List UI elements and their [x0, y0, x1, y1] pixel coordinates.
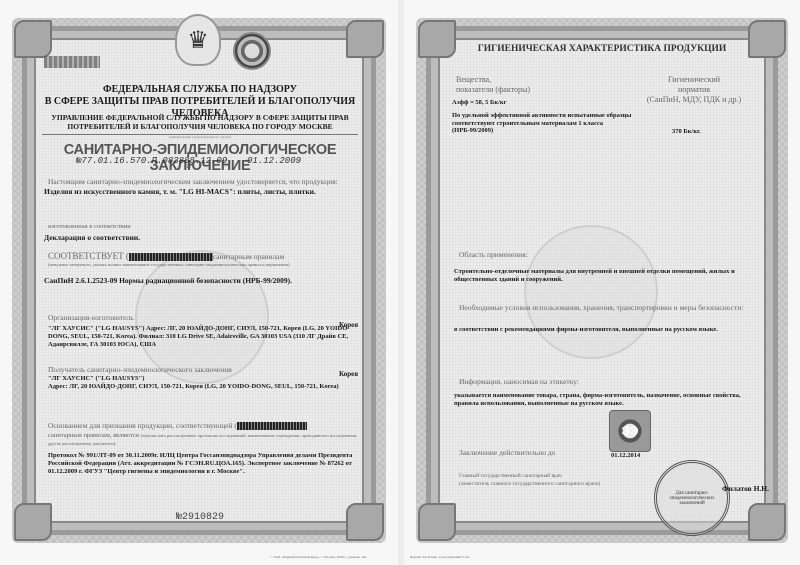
hologram-seal-icon [233, 32, 271, 70]
ornament-corner-icon [748, 503, 786, 541]
department-line-2: ПОТРЕБИТЕЛЕЙ И БЛАГОПОЛУЧИЯ ЧЕЛОВЕКА ПО … [50, 122, 350, 131]
label-info-label: Информация, наносимая на этикетку: [459, 377, 579, 386]
hologram-seal-icon: ЭЭ [609, 410, 651, 452]
seal-text: Для санитарно-эпидемиологических заключе… [657, 491, 727, 506]
valid-until-label: Заключение действительно до [459, 448, 555, 457]
serial-number: №2910829 [150, 512, 250, 523]
manufactured-value: Декларация о соответствии. [44, 233, 140, 242]
certificate-back-page: ГИГИЕНИЧЕСКАЯ ХАРАКТЕРИСТИКА ПРОДУКЦИИ В… [404, 0, 800, 565]
hologram-text: ЭЭ [621, 424, 638, 438]
issue-date: 01.12.2009 [247, 156, 301, 166]
norm-header-line: Гигиенический [629, 75, 759, 85]
basis-label: Основанием для признания продукции, соот… [48, 421, 237, 430]
recipient-label: Получатель санитарно-эпидемиологического… [48, 365, 232, 374]
coat-of-arms-watermark-icon [524, 225, 658, 359]
ornament-corner-icon [418, 503, 456, 541]
department-caption: (наименование территориального органа) [150, 135, 250, 139]
russian-coat-of-arms-icon: ♛ [175, 14, 221, 66]
factor-description: По удельной эффективной активности испыт… [452, 112, 632, 135]
factor-value: Аэфф = 58, 5 Бк/кг [452, 99, 507, 107]
official-stamp-icon: Для санитарно-эпидемиологических заключе… [654, 460, 730, 536]
printer-footer: © ЗАО «Первый печатный двор», г. Москва,… [270, 555, 367, 559]
manufactured-label: изготовленная в соответствии [48, 223, 131, 231]
ornament-corner-icon [14, 20, 52, 58]
redacted-text: НЕ СООТВЕТСТВУЕТ [129, 253, 213, 261]
redacted-text: не соответствующей [237, 422, 307, 430]
certificate-number: №77.01.16.570.П.083888.12.09 [76, 156, 227, 166]
conditions-value: в соответствии с рекомендациями фирмы-из… [454, 326, 769, 334]
department-line-1: УПРАВЛЕНИЕ ФЕДЕРАЛЬНОЙ СЛУЖБЫ ПО НАДЗОРУ… [50, 113, 350, 122]
recipient-address: Адрес: ЛГ, 20 ЮАЙДО-ДОНГ, СИУЛ, 150-721,… [48, 383, 360, 391]
factors-header-line: Вещества, [456, 75, 530, 85]
norm-value: 370 Бк/кг. [672, 128, 701, 136]
scope-label: Область применения: [459, 250, 528, 259]
conforms-hint: (ненужное зачеркнуть, указать полное наи… [48, 262, 328, 268]
basis-value: Протокол № 991/ЛТ-09 от 30.11.2009г. ИЛЦ… [48, 452, 360, 476]
norm-header-line: норматив [629, 85, 759, 95]
basis-line-2: санитарным правилам, являются (перечисли… [48, 432, 364, 448]
ornament-corner-icon [14, 503, 52, 541]
from-label: от [185, 162, 191, 170]
conforms-suffix: санитарным правилам [213, 252, 284, 261]
signatory-title: Главный государственный санитарный врач [459, 473, 562, 479]
manufacturer-label: Организация-изготовитель [48, 313, 134, 322]
factors-header-line: показатели (факторы) [456, 85, 530, 95]
ornament-corner-icon [346, 503, 384, 541]
department-name: УПРАВЛЕНИЕ ФЕДЕРАЛЬНОЙ СЛУЖБЫ ПО НАДЗОРУ… [50, 113, 350, 131]
form-footer: Формат А4. Бланк. Срок хранения 5 лет. [410, 555, 470, 559]
norm-header: Гигиенический норматив (СанПиН, МДУ, ПДК… [629, 75, 759, 105]
microprint-pattern [44, 56, 100, 68]
agency-line-1: ФЕДЕРАЛЬНАЯ СЛУЖБА ПО НАДЗОРУ [30, 84, 370, 96]
valid-until-date: 01.12.2014 [611, 452, 640, 460]
conditions-label: Необходимые условия использования, хране… [459, 303, 759, 313]
certifies-text: Настоящим санитарно-эпидемиологическим з… [48, 177, 368, 186]
scope-value: Строительно-отделочные материалы для вну… [454, 268, 764, 284]
conforms-line: СООТВЕТСТВУЕТ (НЕ СООТВЕТСТВУЕТсанитарны… [48, 251, 368, 261]
basis-line: Основанием для признания продукции, соот… [48, 421, 368, 430]
signatory-name: Филатов Н.Н. [722, 484, 769, 493]
number-value: 77.01.16.570.П.083888.12.09 [81, 156, 227, 166]
label-info-value: указывается наименование товара, страна,… [454, 392, 764, 408]
norm-header-line: (СанПиН, МДУ, ПДК и др.) [629, 95, 759, 105]
basis-label-2: санитарным правилам, являются [48, 432, 139, 439]
factors-header: Вещества, показатели (факторы) [456, 75, 530, 95]
ornament-corner-icon [346, 20, 384, 58]
manufacturer-value: "ЛГ ХАУСИС" ("LG HAUSYS") Адрес: ЛГ, 20 … [48, 325, 360, 349]
conforms-value: СанПиН 2.6.1.2523-09 Нормы радиационной … [44, 276, 364, 285]
conforms-label: СООТВЕТСТВУЕТ ( [48, 251, 129, 261]
certificate-front-page: ♛ ФЕДЕРАЛЬНАЯ СЛУЖБА ПО НАДЗОРУ В СФЕРЕ … [0, 0, 398, 565]
recipient-name: "ЛГ ХАУСИС" ("LG HAUSYS") [48, 375, 360, 383]
section-title: ГИГИЕНИЧЕСКАЯ ХАРАКТЕРИСТИКА ПРОДУКЦИИ [404, 44, 800, 54]
product-name: Изделия из искусственного камня, т. м. "… [44, 187, 364, 196]
signatory-subtitle: (заместитель главного государственного с… [459, 481, 600, 487]
